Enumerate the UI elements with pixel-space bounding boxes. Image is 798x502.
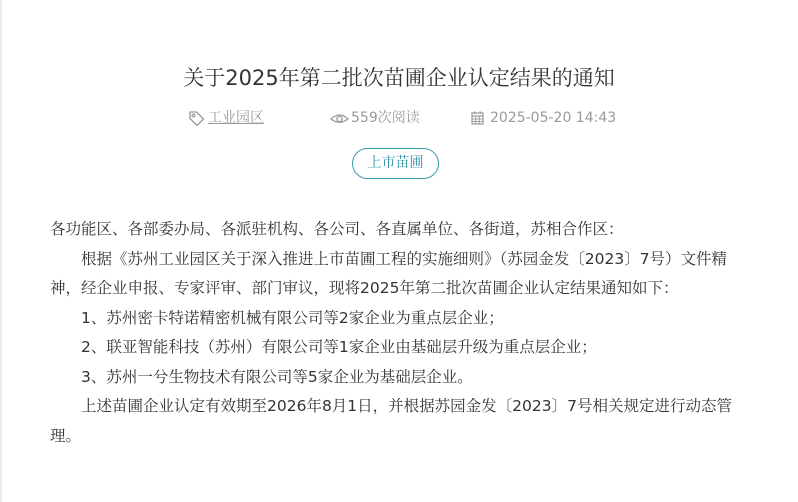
publish-date: 2025-05-20 14:43	[490, 107, 616, 129]
eye-icon	[330, 111, 349, 125]
tag-icon	[188, 110, 205, 127]
article-title: 关于2025年第二批次苗圃企业认定结果的通知	[0, 63, 798, 93]
calendar-icon	[471, 111, 484, 125]
meta-date: 2025-05-20 14:43	[471, 107, 616, 129]
tag-badge-listed-nursery[interactable]: 上市苗圃	[352, 148, 439, 179]
meta-views: 559次阅读	[330, 107, 420, 129]
body-paragraph: 根据《苏州工业园区关于深入推进上市苗圃工程的实施细则》（苏园金发〔2023〕7号…	[50, 245, 755, 304]
list-item: 1、苏州密卡特诺精密机械有限公司等2家企业为重点层企业；	[50, 304, 755, 334]
salutation: 各功能区、各部委办局、各派驻机构、各公司、各直属单位、各街道，苏相合作区：	[50, 215, 755, 245]
list-item: 2、联亚智能科技（苏州）有限公司等1家企业由基础层升级为重点层企业；	[50, 333, 755, 363]
article-meta: 工业园区 559次阅读 2025-05-20 14:43	[0, 107, 798, 129]
category-link[interactable]: 工业园区	[208, 107, 264, 129]
views-count: 559次阅读	[351, 107, 420, 129]
list-item: 3、苏州一兮生物技术有限公司等5家企业为基础层企业。	[50, 363, 755, 393]
body-paragraph: 上述苗圃企业认定有效期至2026年8月1日，并根据苏园金发〔2023〕7号相关规…	[50, 392, 755, 451]
article-body: 各功能区、各部委办局、各派驻机构、各公司、各直属单位、各街道，苏相合作区： 根据…	[50, 215, 755, 451]
meta-category[interactable]: 工业园区	[188, 107, 264, 129]
